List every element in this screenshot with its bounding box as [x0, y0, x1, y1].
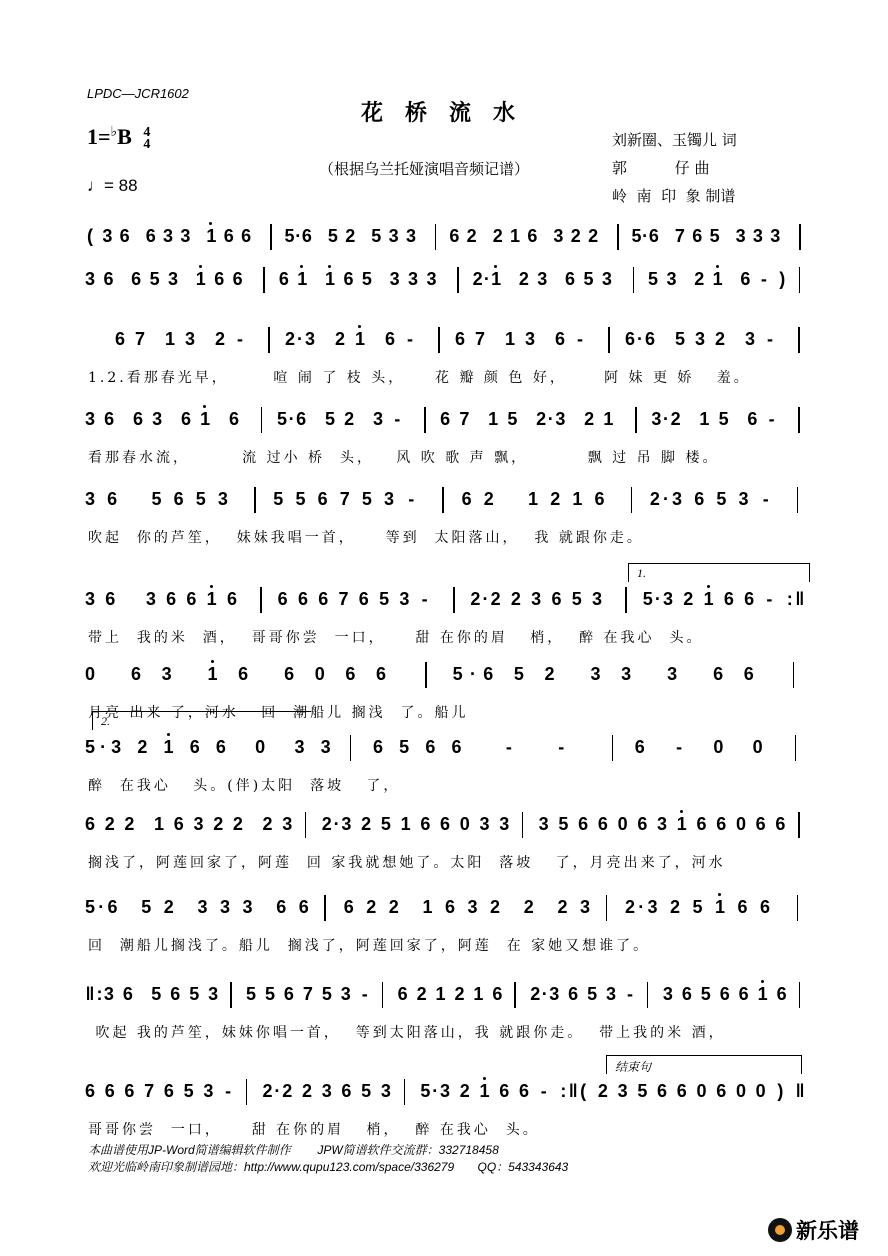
note: 6 — [371, 737, 385, 757]
music-row: 36653166611653332·12365353216-) — [88, 265, 808, 309]
note: 3 — [166, 269, 180, 289]
note: 7 — [142, 1081, 156, 1101]
lyrics-row: 看那春水流， 流 过小 桥 头， 风 吹 歌 声 飘， 飘 过 吊 脚 楼。 — [88, 447, 808, 467]
note: 3 — [734, 226, 748, 246]
note: 3 — [661, 589, 675, 609]
note: 6 — [343, 664, 357, 684]
note: 6 — [339, 1081, 353, 1101]
notation-symbol: - — [762, 589, 776, 609]
volta-label: 1. — [637, 566, 646, 581]
barline — [647, 982, 649, 1008]
music-row: 36366166667653-2·2236535·32166-:‖ — [88, 585, 808, 629]
note: 0 — [734, 814, 748, 834]
note: 6 — [162, 1081, 176, 1101]
note: 3 — [425, 269, 439, 289]
note: 3 — [109, 737, 123, 757]
note: 2 — [489, 589, 503, 609]
time-bottom: 4 — [143, 139, 150, 151]
lyrics-row: 醉 在我心 头。(伴)太阳 落坡 了， — [88, 775, 808, 795]
barline — [798, 407, 800, 433]
barline — [457, 267, 459, 293]
note: 2 — [280, 1081, 294, 1101]
note: 3 — [665, 664, 679, 684]
note: 2 — [122, 814, 136, 834]
note: 3 — [292, 737, 306, 757]
note: 2 — [103, 814, 117, 834]
note: 3 — [160, 664, 174, 684]
note: 6 — [122, 1081, 136, 1101]
note: 3 — [590, 589, 604, 609]
note: 3 — [655, 814, 669, 834]
note: 1 — [478, 1081, 492, 1101]
note: 3 — [206, 984, 220, 1004]
note: 5 — [360, 489, 374, 509]
notation-symbol: - — [672, 737, 686, 757]
note: 5 — [635, 1081, 649, 1101]
note: 6 — [282, 984, 296, 1004]
note: 1 — [697, 409, 711, 429]
notation-symbol: - — [403, 329, 417, 349]
note: 0 — [253, 737, 267, 757]
barline — [606, 895, 608, 921]
note: 1 — [508, 226, 522, 246]
note: 1 — [194, 269, 208, 289]
footer-line-2: 欢迎光临岭南印象制谱园地：http://www.qupu123.com/spac… — [88, 1158, 568, 1175]
barline — [453, 587, 455, 613]
note: 7 — [337, 589, 351, 609]
note: 3 — [646, 897, 660, 917]
note: 5 — [360, 269, 374, 289]
note: 6 — [695, 814, 709, 834]
note: 3 — [280, 814, 294, 834]
notation-symbol: ( — [83, 226, 97, 246]
note: 6 — [655, 1081, 669, 1101]
note: 1 — [503, 329, 517, 349]
barline — [254, 487, 256, 513]
note: 5 — [699, 984, 713, 1004]
note: 1 — [434, 984, 448, 1004]
note: 1 — [526, 489, 540, 509]
note: 5 — [271, 489, 285, 509]
watermark-text: 新乐谱 — [796, 1215, 859, 1245]
note: 6 — [179, 409, 193, 429]
note: 3 — [404, 226, 418, 246]
note: 6 — [184, 589, 198, 609]
note: 5 — [377, 589, 391, 609]
note: 1 — [675, 814, 689, 834]
barline — [442, 487, 444, 513]
note: 6 — [633, 737, 647, 757]
notation-symbol: - — [358, 984, 372, 1004]
note: 3 — [768, 226, 782, 246]
note: 2 — [681, 589, 695, 609]
key-note: B — [117, 124, 132, 149]
note: 5 — [708, 226, 722, 246]
note: 1 — [205, 589, 219, 609]
note: 5 — [570, 589, 584, 609]
note: 6 — [453, 329, 467, 349]
barline — [270, 224, 272, 250]
note: 0 — [754, 1081, 768, 1101]
note: 5 — [646, 269, 660, 289]
note: 3 — [319, 737, 333, 757]
notation-symbol: - — [759, 489, 773, 509]
note: 0 — [313, 664, 327, 684]
note: 6 — [297, 897, 311, 917]
note: 2 — [556, 897, 570, 917]
note: 6 — [277, 269, 291, 289]
volta-bracket: 1. — [628, 563, 810, 582]
note: 2 — [713, 329, 727, 349]
note: 6 — [438, 814, 452, 834]
note: 2 — [415, 984, 429, 1004]
note: 6 — [222, 226, 236, 246]
notation-symbol: - — [233, 329, 247, 349]
volta-bracket: 2. — [92, 711, 311, 730]
barline — [797, 895, 799, 921]
note: 7 — [338, 489, 352, 509]
note: 1 — [756, 984, 770, 1004]
barline — [324, 895, 326, 921]
note: 6 — [168, 984, 182, 1004]
barline — [268, 327, 270, 353]
note: 1 — [601, 409, 615, 429]
note: 6 — [596, 814, 610, 834]
music-row: 5·6523336662216322232·325166 — [88, 893, 808, 937]
barline — [350, 735, 352, 761]
note: 6 — [300, 226, 314, 246]
watermark-logo: 新乐谱 — [768, 1215, 859, 1245]
note: 2 — [669, 409, 683, 429]
note: 0 — [458, 814, 472, 834]
note: 6 — [643, 329, 657, 349]
lyrics-row: 吹起 我的芦笙，妹妹你唱一首， 等到太阳落山，我 就跟你走。 带上我的米 酒， — [88, 1022, 808, 1042]
notation-symbol: ) — [775, 269, 789, 289]
note: 1 — [421, 897, 435, 917]
note: 1 — [152, 814, 166, 834]
note: 2 — [364, 897, 378, 917]
note: 5 — [585, 984, 599, 1004]
note: 7 — [673, 226, 687, 246]
note: 6 — [481, 664, 495, 684]
note: 3 — [150, 409, 164, 429]
note: 3 — [102, 984, 116, 1004]
note: 1 — [198, 409, 212, 429]
note: 1 — [702, 589, 716, 609]
volta-label: 结束句 — [615, 1058, 651, 1075]
note: 1 — [570, 489, 584, 509]
note: 3 — [466, 897, 480, 917]
note: 3 — [388, 269, 402, 289]
note: 6 — [722, 589, 736, 609]
note: 5 — [714, 489, 728, 509]
barline — [608, 327, 610, 353]
note: 0 — [695, 1081, 709, 1101]
barline — [617, 224, 619, 250]
note: 5 — [691, 897, 705, 917]
barline — [795, 735, 797, 761]
note: 5 — [359, 1081, 373, 1101]
barline — [625, 587, 627, 613]
note: 3 — [551, 226, 565, 246]
barline — [799, 267, 801, 293]
note: 6 — [714, 814, 728, 834]
note: 5 — [397, 737, 411, 757]
barline — [424, 407, 426, 433]
note: 6 — [593, 489, 607, 509]
music-row: 365653556753-6212162·3653- — [88, 485, 808, 529]
note: 2 — [482, 489, 496, 509]
barline — [438, 327, 440, 353]
note: 6 — [647, 226, 661, 246]
note: 3 — [387, 226, 401, 246]
note: 2 — [517, 269, 531, 289]
note: 3 — [339, 814, 353, 834]
note: 6 — [129, 664, 143, 684]
note: 6 — [635, 814, 649, 834]
note: 3 — [619, 664, 633, 684]
notation-symbol: - — [554, 737, 568, 757]
note: 2 — [582, 409, 596, 429]
note: 6 — [443, 897, 457, 917]
note: 6 — [296, 589, 310, 609]
note: 5 — [149, 984, 163, 1004]
notation-symbol: ) — [773, 1081, 787, 1101]
note: 6 — [675, 1081, 689, 1101]
note: 2 — [569, 226, 583, 246]
note: 7 — [301, 984, 315, 1004]
note: 7 — [457, 409, 471, 429]
note: 5 — [379, 814, 393, 834]
note: 5 — [673, 329, 687, 349]
note: 6 — [129, 269, 143, 289]
note: 6 — [718, 984, 732, 1004]
note: 3 — [478, 814, 492, 834]
note: 6 — [341, 269, 355, 289]
note: 3 — [578, 897, 592, 917]
note: 3 — [743, 329, 757, 349]
note: 3 — [83, 589, 97, 609]
music-row: 36636165·6523-67152·3213·2156- — [88, 405, 808, 449]
note: 6 — [121, 984, 135, 1004]
note: 6 — [438, 409, 452, 429]
note: 5 — [369, 226, 383, 246]
barline — [797, 487, 799, 513]
note: 3 — [83, 409, 97, 429]
note: 3 — [216, 489, 230, 509]
note: 1 — [162, 737, 176, 757]
volta-label: 2. — [101, 714, 110, 729]
note: 1 — [713, 897, 727, 917]
note: 1 — [204, 226, 218, 246]
note: 3 — [661, 984, 675, 1004]
note: 0 — [616, 814, 630, 834]
note: 6 — [227, 409, 241, 429]
lyrics-row: 搁浅了，阿莲回家了，阿莲 回 家我就想她了。太阳 落坡 了，月亮出来了，河水 — [88, 852, 808, 872]
notation-symbol: ‖ — [793, 1081, 807, 1101]
note: 5 — [326, 226, 340, 246]
vinyl-disc-icon — [768, 1218, 792, 1242]
note: 3 — [320, 1081, 334, 1101]
note: 2 — [342, 409, 356, 429]
music-row: (366331665·652533622163225·6765333 — [88, 222, 808, 266]
note: 6 — [758, 897, 772, 917]
note: 3 — [183, 329, 197, 349]
note: 6 — [754, 814, 768, 834]
note: 3 — [161, 226, 175, 246]
notation-symbol: - — [418, 589, 432, 609]
barline — [435, 224, 437, 250]
note: 6 — [282, 664, 296, 684]
note: 6 — [113, 329, 127, 349]
note: 6 — [711, 664, 725, 684]
note: 5 — [556, 814, 570, 834]
barline — [635, 407, 637, 433]
note: 2 — [452, 984, 466, 1004]
note: 6 — [118, 226, 132, 246]
note: 3 — [665, 269, 679, 289]
barline — [799, 224, 801, 250]
note: 6 — [316, 489, 330, 509]
barline — [514, 982, 516, 1008]
key-signature: 1=♭B 4 4 — [87, 124, 150, 151]
composer: 郭 仔 曲 — [612, 154, 737, 182]
note: 7 — [473, 329, 487, 349]
note: 6 — [105, 489, 119, 509]
note: 2 — [522, 897, 536, 917]
note: 7 — [133, 329, 147, 349]
note: 2 — [135, 737, 149, 757]
note: 6 — [742, 589, 756, 609]
note: 6 — [566, 984, 580, 1004]
note: 2 — [491, 226, 505, 246]
barline — [260, 587, 262, 613]
note: 3 — [144, 589, 158, 609]
note: 3 — [553, 409, 567, 429]
note: 5 — [182, 1081, 196, 1101]
note: 3 — [397, 589, 411, 609]
note: 6 — [357, 589, 371, 609]
note: 1 — [353, 329, 367, 349]
note: 6 — [549, 589, 563, 609]
note: 3 — [537, 814, 551, 834]
note: 2 — [596, 1081, 610, 1101]
note: 6 — [164, 589, 178, 609]
note: 6 — [690, 226, 704, 246]
lyrics-row: 吹起 你的芦笙， 妹妹我唱一首， 等到 太阳落山， 我 就跟你走。 — [88, 527, 808, 547]
notation-symbol: ( — [576, 1081, 590, 1101]
note: 3 — [693, 329, 707, 349]
note: 3 — [737, 489, 751, 509]
note: 1 — [399, 814, 413, 834]
note: 6 — [342, 897, 356, 917]
barline — [425, 662, 427, 688]
key-prefix: 1= — [87, 124, 111, 149]
note: 6 — [742, 664, 756, 684]
note: 0 — [711, 737, 725, 757]
note: 5 — [149, 489, 163, 509]
note: 2 — [387, 897, 401, 917]
note: 6 — [225, 589, 239, 609]
note: 1 — [206, 664, 220, 684]
note: 3 — [751, 226, 765, 246]
note: 2 — [509, 589, 523, 609]
barline — [522, 812, 524, 838]
notation-symbol: - — [757, 269, 771, 289]
note: 6 — [490, 984, 504, 1004]
note: 2 — [586, 226, 600, 246]
notation-symbol: - — [502, 737, 516, 757]
note: 3 — [339, 984, 353, 1004]
subtitle: （根据乌兰托娅演唱音频记谱） — [0, 158, 888, 179]
note: 6 — [517, 1081, 531, 1101]
note: 1 — [711, 269, 725, 289]
note: 6 — [553, 329, 567, 349]
note: 1 — [486, 409, 500, 429]
tempo-marking: ♩= 88 — [87, 176, 138, 196]
lyrics-row: 带上 我的米 酒， 哥哥你尝 一口， 甜 在你的眉 梢， 醉 在我心 头。 — [88, 627, 808, 647]
note: 6 — [423, 737, 437, 757]
note: 6 — [680, 984, 694, 1004]
note: 1 — [295, 269, 309, 289]
notation-symbol: - — [623, 984, 637, 1004]
note: 6 — [144, 226, 158, 246]
note: 2 — [548, 489, 562, 509]
barline — [793, 662, 795, 688]
barline — [263, 267, 265, 293]
barline — [798, 812, 800, 838]
note: 2 — [300, 1081, 314, 1101]
note: 5 — [581, 269, 595, 289]
note: 6 — [103, 1081, 117, 1101]
note: 6 — [383, 329, 397, 349]
note: 5 — [323, 409, 337, 429]
note: 5 — [293, 489, 307, 509]
barline — [633, 267, 635, 293]
note: 5 — [512, 664, 526, 684]
note: 3 — [547, 984, 561, 1004]
note: 3 — [406, 269, 420, 289]
note: 6 — [576, 814, 590, 834]
note: 6 — [736, 897, 750, 917]
note: 6 — [737, 984, 751, 1004]
note: 2 — [231, 814, 245, 834]
note: 3 — [382, 489, 396, 509]
barline — [230, 982, 232, 1008]
note: 2 — [211, 814, 225, 834]
note: 6 — [396, 984, 410, 1004]
note: 6 — [83, 814, 97, 834]
note: 3 — [241, 897, 255, 917]
note: 6 — [172, 489, 186, 509]
music-row: 6667653-2·2236535·32166-:‖(235660600)‖ — [88, 1077, 808, 1121]
note: 3 — [178, 226, 192, 246]
note: 2 — [458, 1081, 472, 1101]
notation-symbol: · — [96, 737, 110, 757]
note: 5 — [139, 897, 153, 917]
note: 3 — [670, 489, 684, 509]
note: 5 — [194, 489, 208, 509]
notation-symbol: · — [466, 664, 480, 684]
note: 6 — [212, 269, 226, 289]
note: 3 — [100, 226, 114, 246]
note: 5 — [320, 984, 334, 1004]
lyrics-row: 回 潮船儿搁浅了。船儿 搁浅了，阿莲回家了，阿莲 在 家她又想谁了。 — [88, 935, 808, 955]
note: 0 — [734, 1081, 748, 1101]
note: 3 — [438, 1081, 452, 1101]
note: 6 — [214, 737, 228, 757]
note: 6 — [316, 589, 330, 609]
